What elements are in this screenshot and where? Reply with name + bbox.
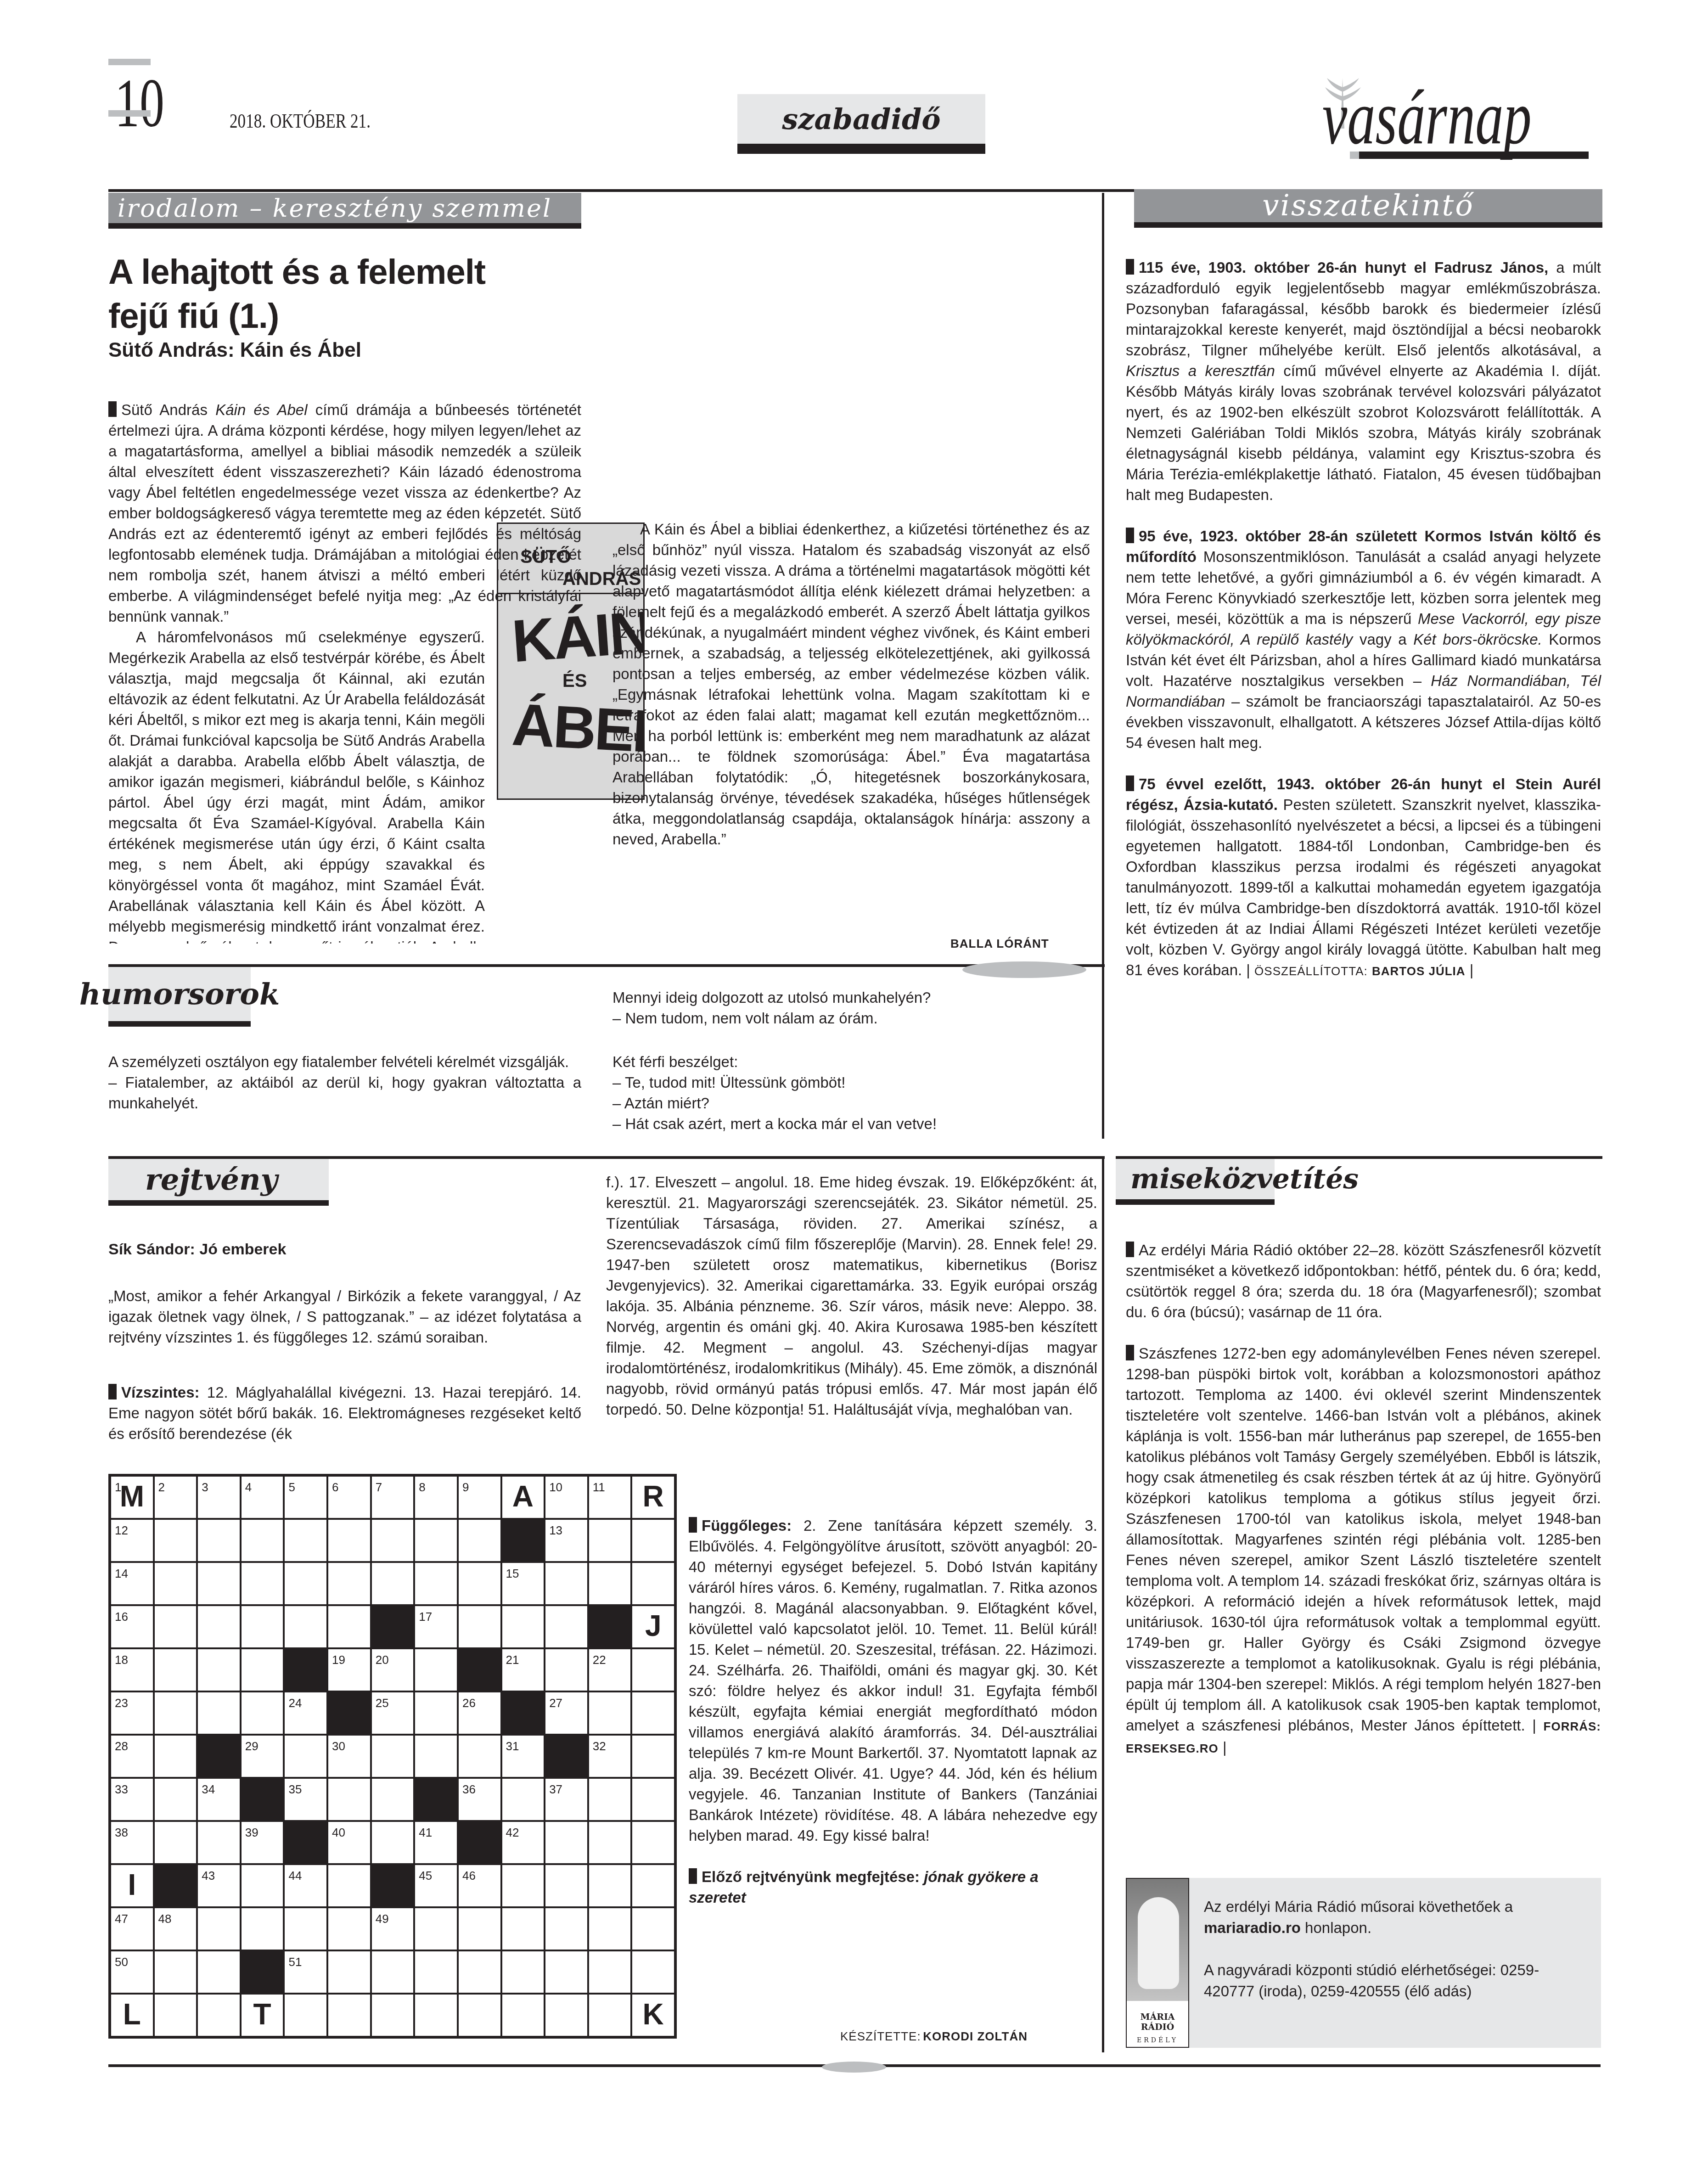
- crossword-cell[interactable]: 34: [198, 1779, 240, 1820]
- crossword-cell[interactable]: 7: [372, 1477, 414, 1518]
- crossword-cell[interactable]: [242, 1908, 283, 1950]
- crossword-cell[interactable]: [328, 1951, 370, 1993]
- cell-number: 23: [115, 1696, 128, 1710]
- cell-letter: L: [111, 1997, 153, 2031]
- crossword-black-cell: [285, 1649, 326, 1691]
- crossword-cell[interactable]: 41: [415, 1822, 457, 1863]
- crossword-cell[interactable]: [242, 1865, 283, 1906]
- cell-number: 13: [549, 1523, 562, 1538]
- cell-number: 4: [245, 1480, 252, 1495]
- cell-number: 16: [115, 1610, 128, 1624]
- puzzle-intro: „Most, amikor a fehér Arkangyal / Birkóz…: [108, 1286, 581, 1348]
- crossword-cell[interactable]: [285, 1520, 326, 1561]
- puzzle-credit: KÉSZÍTETTE: KORODI ZOLTÁN: [840, 2029, 1028, 2044]
- crossword-cell[interactable]: 16: [111, 1606, 153, 1647]
- folio-bar-top: [108, 59, 151, 65]
- crossword-cell[interactable]: [459, 1736, 500, 1777]
- crossword-cell[interactable]: [415, 1995, 457, 2036]
- mass-history: Szászfenes 1272-ben egy adománylevélben …: [1126, 1343, 1601, 1759]
- crossword-cell[interactable]: [502, 1779, 544, 1820]
- crossword-cell[interactable]: [155, 1520, 197, 1561]
- crossword-cell[interactable]: A: [502, 1477, 544, 1518]
- cell-number: 27: [549, 1696, 562, 1710]
- crossword-cell[interactable]: 26: [459, 1692, 500, 1734]
- crossword-cell[interactable]: 22: [589, 1649, 631, 1691]
- folio-bar-bottom: [108, 110, 151, 117]
- crossword-cell[interactable]: [372, 1520, 414, 1561]
- cell-letter: T: [242, 1997, 283, 2031]
- crossword-cell[interactable]: 21: [502, 1649, 544, 1691]
- crossword-cell[interactable]: [545, 1995, 587, 2036]
- crossword-black-cell: [372, 1865, 414, 1906]
- crossword-cell[interactable]: [285, 1908, 326, 1950]
- crossword-cell[interactable]: [285, 1606, 326, 1647]
- crossword-cell[interactable]: 43: [198, 1865, 240, 1906]
- crossword-cell[interactable]: 23: [111, 1692, 153, 1734]
- bullet-icon: [1126, 1242, 1134, 1257]
- decor-oval-footer: [822, 2062, 886, 2073]
- crossword-cell[interactable]: [502, 1995, 544, 2036]
- article-para3: A Káin és Ábel a bibliai édenkerthez, a …: [612, 519, 1090, 849]
- cell-letter: J: [632, 1609, 674, 1643]
- cell-number: 29: [245, 1739, 258, 1753]
- humor-rule: [108, 964, 1105, 967]
- cell-number: 46: [462, 1869, 476, 1883]
- crossword-cell[interactable]: 20: [372, 1649, 414, 1691]
- crossword-cell[interactable]: 29: [242, 1736, 283, 1777]
- cell-number: 6: [332, 1480, 338, 1495]
- bullet-icon: [1126, 259, 1134, 275]
- crossword-cell[interactable]: [632, 1779, 674, 1820]
- crossword-cell[interactable]: 17: [415, 1606, 457, 1647]
- crossword-cell[interactable]: 44: [285, 1865, 326, 1906]
- radio-promo-text: Az erdélyi Mária Rádió műsorai követhető…: [1204, 1896, 1580, 2002]
- crossword-cell[interactable]: [589, 1995, 631, 2036]
- article-author: BALLA LÓRÁNT: [950, 937, 1049, 951]
- crossword-cell[interactable]: [198, 1649, 240, 1691]
- crossword-cell[interactable]: [545, 1822, 587, 1863]
- crossword-cell[interactable]: [545, 1865, 587, 1906]
- article-lead: Sütő András Káin és Abel című drámája a …: [108, 399, 581, 627]
- crossword-cell[interactable]: [198, 1563, 240, 1604]
- crossword-cell[interactable]: 4: [242, 1477, 283, 1518]
- crossword-cell[interactable]: 6: [328, 1477, 370, 1518]
- article-body-col1: Sütő András Káin és Abel című drámája a …: [108, 399, 581, 944]
- crossword-cell[interactable]: [459, 1606, 500, 1647]
- crossword-cell[interactable]: [415, 1908, 457, 1950]
- crossword-cell[interactable]: 27: [545, 1692, 587, 1734]
- cell-letter: K: [632, 1997, 674, 2031]
- crossword-cell[interactable]: 12: [111, 1520, 153, 1561]
- crossword-cell[interactable]: [632, 1951, 674, 1993]
- crossword-cell[interactable]: [632, 1822, 674, 1863]
- crossword-black-cell: [502, 1692, 544, 1734]
- retro-kicker: visszatekintő: [1134, 189, 1602, 228]
- cell-letter: I: [111, 1868, 153, 1902]
- brand-logo: vasárnap: [1322, 78, 1598, 156]
- crossword-cell[interactable]: [632, 1520, 674, 1561]
- crossword-black-cell: [459, 1649, 500, 1691]
- crossword-black-cell: [502, 1520, 544, 1561]
- crossword-cell[interactable]: [589, 1520, 631, 1561]
- crossword-cell[interactable]: 8: [415, 1477, 457, 1518]
- crossword-black-cell: [242, 1779, 283, 1820]
- crossword-cell[interactable]: 38: [111, 1822, 153, 1863]
- crossword-cell[interactable]: [198, 1995, 240, 2036]
- crossword-cell[interactable]: [242, 1649, 283, 1691]
- brand-underline: [1350, 152, 1589, 159]
- crossword-cell[interactable]: [589, 1563, 631, 1604]
- cell-number: 50: [115, 1955, 128, 1969]
- crossword-cell[interactable]: 42: [502, 1822, 544, 1863]
- crossword-black-cell: [198, 1736, 240, 1777]
- cell-number: 40: [332, 1826, 345, 1840]
- puzzle-solution: Előző rejtvényünk megfejtése: jónak gyök…: [689, 1866, 1097, 1908]
- crossword-black-cell: [328, 1692, 370, 1734]
- cell-number: 24: [288, 1696, 302, 1710]
- crossword-cell[interactable]: [589, 1779, 631, 1820]
- crossword-cell[interactable]: [589, 1692, 631, 1734]
- crossword-cell[interactable]: 3: [198, 1477, 240, 1518]
- crossword-cell[interactable]: [285, 1736, 326, 1777]
- cell-number: 33: [115, 1782, 128, 1797]
- crossword-cell[interactable]: I: [111, 1865, 153, 1906]
- madonna-image: [1138, 1897, 1179, 1989]
- cell-number: 22: [593, 1653, 606, 1667]
- crossword-cell[interactable]: [459, 1995, 500, 2036]
- cell-number: 39: [245, 1826, 258, 1840]
- crossword-cell[interactable]: 9: [459, 1477, 500, 1518]
- crossword-cell[interactable]: [198, 1520, 240, 1561]
- radio-logo: MÁRIA RÁDIÓ ERDÉLY: [1126, 1878, 1189, 2048]
- crossword-cell[interactable]: [155, 1995, 197, 2036]
- crossword-cell[interactable]: R: [632, 1477, 674, 1518]
- cell-number: 12: [115, 1523, 128, 1538]
- crossword-cell[interactable]: 31: [502, 1736, 544, 1777]
- crossword-cell[interactable]: [415, 1649, 457, 1691]
- bullet-icon: [1126, 775, 1134, 791]
- article-title: A lehajtott és a felemelt fejű fiú (1.): [108, 250, 590, 338]
- crossword-cell[interactable]: 51: [285, 1951, 326, 1993]
- crossword-cell[interactable]: 33: [111, 1779, 153, 1820]
- crossword-cell[interactable]: [372, 1736, 414, 1777]
- cell-number: 42: [506, 1826, 519, 1840]
- retro-body: 115 éve, 1903. október 26-án hunyt el Fa…: [1126, 257, 1601, 982]
- crossword-cell[interactable]: J: [632, 1606, 674, 1647]
- puzzle-across-cont: f.). 17. Elveszett – angolul. 18. Eme hi…: [606, 1172, 1097, 1484]
- crossword-cell[interactable]: [285, 1563, 326, 1604]
- cell-number: 8: [419, 1480, 425, 1495]
- crossword-cell[interactable]: L: [111, 1995, 153, 2036]
- cell-number: 11: [593, 1480, 605, 1495]
- crossword-cell[interactable]: 5: [285, 1477, 326, 1518]
- crossword-cell[interactable]: [155, 1779, 197, 1820]
- crossword-cell[interactable]: 24: [285, 1692, 326, 1734]
- humor-kicker: humorsorok: [108, 967, 251, 1027]
- cell-number: 3: [202, 1480, 208, 1495]
- cell-letter: R: [632, 1479, 674, 1513]
- cell-number: 10: [549, 1480, 562, 1495]
- crossword-cell[interactable]: 50: [111, 1951, 153, 1993]
- crossword-black-cell: [242, 1951, 283, 1993]
- brand-underline-accent: [1350, 152, 1359, 159]
- radio-promo-box: MÁRIA RÁDIÓ ERDÉLY Az erdélyi Mária Rádi…: [1126, 1878, 1601, 2048]
- cell-number: 9: [462, 1480, 469, 1495]
- crossword-cell[interactable]: [632, 1865, 674, 1906]
- crossword-cell[interactable]: [328, 1779, 370, 1820]
- crossword-cell[interactable]: [545, 1606, 587, 1647]
- cell-number: 36: [462, 1782, 476, 1797]
- crossword-cell[interactable]: 49: [372, 1908, 414, 1950]
- crossword-black-cell: [589, 1606, 631, 1647]
- cell-number: 19: [332, 1653, 345, 1667]
- article-subtitle: Sütő András: Káin és Ábel: [108, 339, 361, 362]
- crossword-cell[interactable]: [632, 1692, 674, 1734]
- crossword-cell[interactable]: [198, 1606, 240, 1647]
- section-name: szabadidő: [782, 102, 940, 136]
- crossword-cell[interactable]: [502, 1951, 544, 1993]
- crossword-cell[interactable]: T: [242, 1995, 283, 2036]
- humor-joke-3: Két férfi beszélget: – Te, tudod mit! Ül…: [612, 1051, 1085, 1134]
- brand-name: vasárnap: [1322, 78, 1532, 156]
- crossword-cell[interactable]: [155, 1563, 197, 1604]
- crossword-cell[interactable]: 46: [459, 1865, 500, 1906]
- crossword-cell[interactable]: [415, 1951, 457, 1993]
- crossword-cell[interactable]: 45: [415, 1865, 457, 1906]
- crossword-cell[interactable]: K: [632, 1995, 674, 2036]
- crossword-cell[interactable]: 47: [111, 1908, 153, 1950]
- crossword-cell[interactable]: [198, 1908, 240, 1950]
- crossword-cell[interactable]: 25: [372, 1692, 414, 1734]
- crossword-cell[interactable]: [155, 1822, 197, 1863]
- article-body-col2: A Káin és Ábel a bibliai édenkerthez, a …: [612, 216, 1090, 950]
- crossword-cell[interactable]: [372, 1563, 414, 1604]
- crossword-cell[interactable]: [155, 1736, 197, 1777]
- crossword-cell[interactable]: [632, 1563, 674, 1604]
- crossword-black-cell: [459, 1822, 500, 1863]
- cell-number: 35: [288, 1782, 302, 1797]
- crossword-grid[interactable]: 1M23456789A1011R121314151617J18192021222…: [108, 1474, 677, 2039]
- crossword-cell[interactable]: 36: [459, 1779, 500, 1820]
- crossword-cell[interactable]: 19: [328, 1649, 370, 1691]
- crossword-black-cell: [415, 1779, 457, 1820]
- puzzle-across: Vízszintes: 12. Máglyahalállal kivégezni…: [108, 1382, 581, 1444]
- issue-date: 2018. OKTÓBER 21.: [230, 109, 371, 133]
- crossword-cell[interactable]: [589, 1908, 631, 1950]
- crossword-cell[interactable]: 18: [111, 1649, 153, 1691]
- bullet-icon: [689, 1517, 697, 1533]
- bullet-icon: [1126, 528, 1134, 543]
- crossword-cell[interactable]: [632, 1736, 674, 1777]
- cell-number: 17: [419, 1610, 432, 1624]
- crossword-cell[interactable]: [545, 1563, 587, 1604]
- crossword-cell[interactable]: 11: [589, 1477, 631, 1518]
- bullet-icon: [1126, 1345, 1134, 1360]
- crossword-black-cell: [372, 1606, 414, 1647]
- cell-number: 2: [158, 1480, 165, 1495]
- cell-number: 32: [593, 1739, 606, 1753]
- crossword-cell[interactable]: [328, 1563, 370, 1604]
- crossword-cell[interactable]: 14: [111, 1563, 153, 1604]
- mass-body: Az erdélyi Mária Rádió október 22–28. kö…: [1126, 1240, 1601, 1759]
- crossword-cell[interactable]: [372, 1822, 414, 1863]
- cell-number: 20: [376, 1653, 389, 1667]
- cell-number: 15: [506, 1567, 519, 1581]
- cell-letter: M: [111, 1479, 153, 1513]
- cell-number: 5: [288, 1480, 295, 1495]
- crossword-cell[interactable]: [415, 1736, 457, 1777]
- crossword-cell[interactable]: 35: [285, 1779, 326, 1820]
- crossword-cell[interactable]: [632, 1649, 674, 1691]
- crossword-cell[interactable]: [502, 1865, 544, 1906]
- radio-logo-band: MÁRIA RÁDIÓ ERDÉLY: [1127, 2001, 1188, 2047]
- crossword-cell[interactable]: [459, 1563, 500, 1604]
- crossword-black-cell: [285, 1822, 326, 1863]
- crossword-cell[interactable]: [198, 1692, 240, 1734]
- crossword-cell[interactable]: [502, 1606, 544, 1647]
- crossword-cell[interactable]: [328, 1908, 370, 1950]
- crossword-cell[interactable]: 10: [545, 1477, 587, 1518]
- retro-item-3: 75 évvel ezelőtt, 1943. október 26-án hu…: [1126, 774, 1601, 982]
- section-tab: szabadidő: [737, 94, 985, 154]
- crossword-cell[interactable]: [589, 1822, 631, 1863]
- crossword-cell[interactable]: [328, 1606, 370, 1647]
- bullet-icon: [689, 1868, 697, 1884]
- retro-item-1: 115 éve, 1903. október 26-án hunyt el Fa…: [1126, 257, 1601, 505]
- crossword-cell[interactable]: 30: [328, 1736, 370, 1777]
- crossword-cell[interactable]: [155, 1606, 197, 1647]
- crossword-cell[interactable]: 40: [328, 1822, 370, 1863]
- crossword-cell[interactable]: [285, 1995, 326, 2036]
- crossword-cell[interactable]: [328, 1520, 370, 1561]
- mariaradio-link[interactable]: mariaradio.ro: [1204, 1919, 1301, 1936]
- mass-kicker: miseközvetítés: [1116, 1159, 1275, 1205]
- crossword-cell[interactable]: [242, 1563, 283, 1604]
- cell-number: 34: [202, 1782, 215, 1797]
- cell-number: 47: [115, 1912, 128, 1926]
- crossword-cell[interactable]: [545, 1649, 587, 1691]
- cell-number: 38: [115, 1826, 128, 1840]
- crossword-cell[interactable]: [459, 1520, 500, 1561]
- humor-joke-2: Mennyi ideig dolgozott az utolsó munkahe…: [612, 987, 1085, 1028]
- cell-number: 21: [506, 1653, 519, 1667]
- crossword-cell[interactable]: [372, 1779, 414, 1820]
- crossword-cell[interactable]: [545, 1908, 587, 1950]
- cell-number: 37: [549, 1782, 562, 1797]
- cell-number: 51: [288, 1955, 302, 1969]
- crossword-cell[interactable]: 28: [111, 1736, 153, 1777]
- cell-number: 25: [376, 1696, 389, 1710]
- cell-letter: A: [502, 1479, 544, 1513]
- crossword-cell[interactable]: [632, 1908, 674, 1950]
- puzzle-down: Függőleges: 2. Zene tanítására képzett s…: [689, 1515, 1097, 1908]
- crossword-black-cell: [545, 1736, 587, 1777]
- crossword-cell[interactable]: [415, 1520, 457, 1561]
- bullet-icon: [108, 401, 117, 417]
- mass-schedule: Az erdélyi Mária Rádió október 22–28. kö…: [1126, 1240, 1601, 1322]
- crossword-cell[interactable]: 2: [155, 1477, 197, 1518]
- crossword-cell[interactable]: [589, 1865, 631, 1906]
- crossword-cell[interactable]: [242, 1692, 283, 1734]
- crossword-cell[interactable]: [502, 1908, 544, 1950]
- crossword-cell[interactable]: 37: [545, 1779, 587, 1820]
- crossword-cell[interactable]: [155, 1649, 197, 1691]
- crossword-cell[interactable]: [155, 1692, 197, 1734]
- cell-number: 14: [115, 1567, 128, 1581]
- crossword-cell[interactable]: 48: [155, 1908, 197, 1950]
- cell-number: 7: [376, 1480, 382, 1495]
- page-number: 10: [115, 69, 164, 138]
- crossword-cell[interactable]: [372, 1951, 414, 1993]
- cell-number: 31: [506, 1739, 519, 1753]
- crossword-cell[interactable]: 13: [545, 1520, 587, 1561]
- crossword-cell[interactable]: [198, 1951, 240, 1993]
- column-divider: [1102, 193, 1104, 1139]
- crossword-cell[interactable]: [372, 1995, 414, 2036]
- crossword-cell[interactable]: 32: [589, 1736, 631, 1777]
- crossword-cell[interactable]: [415, 1563, 457, 1604]
- cell-number: 48: [158, 1912, 172, 1926]
- cell-number: 45: [419, 1869, 432, 1883]
- crossword-cell[interactable]: 1M: [111, 1477, 153, 1518]
- crossword-cell[interactable]: [328, 1995, 370, 2036]
- cell-number: 26: [462, 1696, 476, 1710]
- article-para2: A háromfelvonásos mű cselekménye egyszer…: [108, 627, 485, 944]
- crossword-cell[interactable]: 15: [502, 1563, 544, 1604]
- crossword-black-cell: [155, 1865, 197, 1906]
- humor-joke-1: A személyzeti osztályon egy fiatalember …: [108, 1051, 581, 1113]
- puzzle-kicker: rejtvény: [108, 1159, 329, 1206]
- article-kicker: irodalom – keresztény szemmel: [108, 193, 581, 229]
- crossword-cell[interactable]: [459, 1908, 500, 1950]
- crossword-cell[interactable]: [415, 1692, 457, 1734]
- cell-number: 49: [376, 1912, 389, 1926]
- puzzle-title: Sík Sándor: Jó emberek: [108, 1241, 286, 1259]
- cell-number: 18: [115, 1653, 128, 1667]
- cell-number: 44: [288, 1869, 302, 1883]
- crossword-cell[interactable]: [242, 1606, 283, 1647]
- cell-number: 41: [419, 1826, 432, 1840]
- bullet-icon: [108, 1384, 117, 1399]
- cell-number: 28: [115, 1739, 128, 1753]
- column-divider-2: [1102, 1157, 1104, 2052]
- crossword-cell[interactable]: [198, 1822, 240, 1863]
- crossword-cell[interactable]: [155, 1951, 197, 1993]
- retro-item-2: 95 éve, 1923. október 28-án született Ko…: [1126, 526, 1601, 753]
- decor-oval: [962, 961, 1086, 978]
- crossword-cell[interactable]: [328, 1865, 370, 1906]
- cell-number: 30: [332, 1739, 345, 1753]
- crossword-cell[interactable]: [589, 1951, 631, 1993]
- crossword-cell[interactable]: [545, 1951, 587, 1993]
- cell-number: 43: [202, 1869, 215, 1883]
- crossword-cell[interactable]: [459, 1951, 500, 1993]
- crossword-cell[interactable]: 39: [242, 1822, 283, 1863]
- crossword-cell[interactable]: [242, 1520, 283, 1561]
